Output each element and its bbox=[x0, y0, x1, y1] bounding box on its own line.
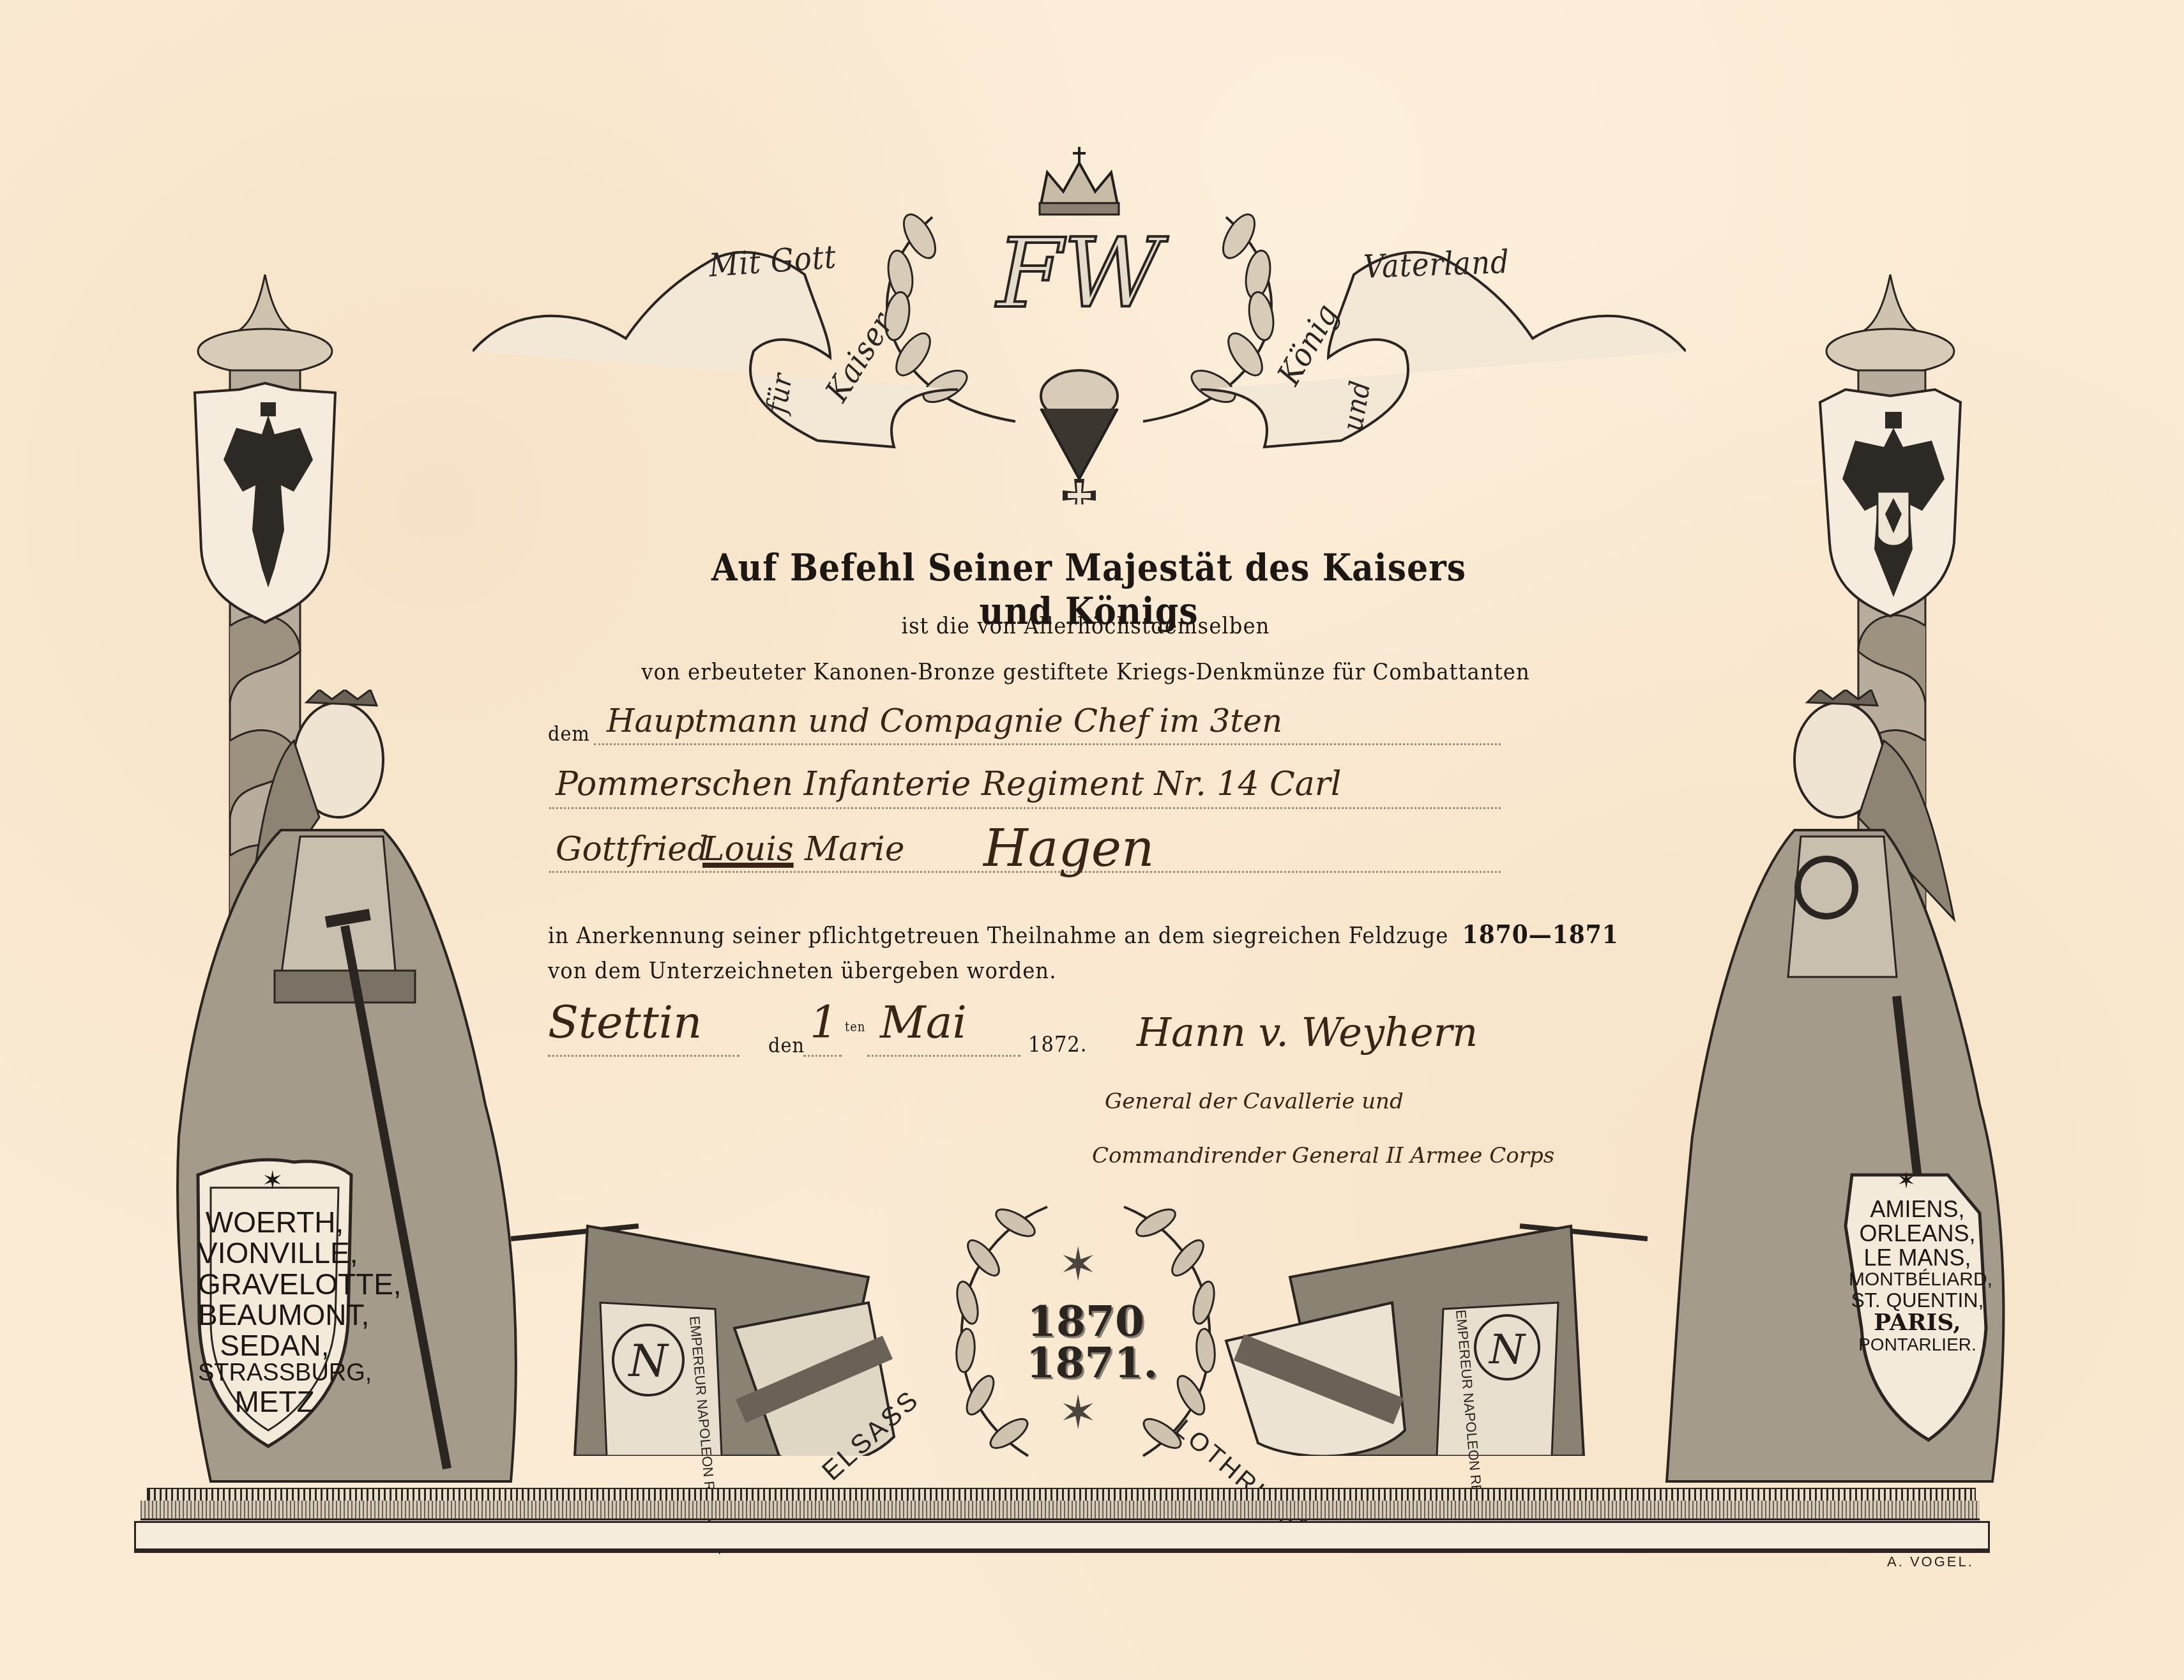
date-den-label: den bbox=[768, 1033, 805, 1057]
recipient-text-1: Hauptmann und Compagnie Chef im 3ten bbox=[607, 702, 1282, 739]
year-value: 1872. bbox=[1028, 1032, 1088, 1057]
flag-monogram: N bbox=[627, 1335, 669, 1387]
trophy-flags-right: N EMPEREUR NAPOLEON REGIMENT bbox=[1201, 1200, 1648, 1456]
plinth-band bbox=[140, 1501, 1980, 1520]
battle-name: GRAVELOTTE, bbox=[198, 1269, 351, 1299]
battle-name: STRASSBURG, bbox=[198, 1361, 351, 1386]
ribbon-banner-icon: FW bbox=[473, 147, 1686, 504]
flag-monogram: N bbox=[1488, 1326, 1526, 1374]
recipient-line-3: Gottfried Louis Marie Hagen bbox=[549, 830, 1501, 873]
star-icon: ✶ bbox=[1059, 1237, 1097, 1291]
imperial-eagle-icon bbox=[1839, 409, 1948, 600]
right-shield-battles: AMIENS, ORLEANS, LE MANS, MONTBÉLIARD, S… bbox=[1849, 1197, 1986, 1354]
battle-name: ST. QUENTIN, bbox=[1849, 1290, 1986, 1312]
battle-name: PONTARLIER. bbox=[1849, 1335, 1986, 1354]
right-shield-star-icon: ✶ bbox=[1897, 1169, 1916, 1193]
star-icon: ✶ bbox=[1059, 1386, 1097, 1439]
battle-name: MONTBÉLIARD, bbox=[1849, 1269, 1986, 1290]
left-shield-battles: WOERTH, VIONVILLE, GRAVELOTTE, BEAUMONT,… bbox=[198, 1207, 351, 1418]
battle-name: ORLEANS, bbox=[1849, 1222, 1986, 1246]
signature: Hann v. Weyhern bbox=[1137, 1009, 1478, 1056]
medallion-year-2: 1871. bbox=[1015, 1338, 1169, 1388]
place-field: Stettin bbox=[548, 996, 739, 1057]
crown-icon bbox=[1040, 147, 1119, 215]
recipient-prefix: dem bbox=[548, 722, 590, 746]
left-shield: ✶ WOERTH, VIONVILLE, GRAVELOTTE, BEAUMON… bbox=[192, 1156, 358, 1449]
battle-name: SEDAN, bbox=[198, 1330, 351, 1361]
battle-name: PARIS, bbox=[1849, 1311, 1986, 1335]
battle-name: BEAUMONT, bbox=[198, 1299, 351, 1330]
artist-credit: A. VOGEL. bbox=[1887, 1554, 1974, 1570]
recipient-given-2: Louis bbox=[702, 830, 794, 868]
date-suffix: ten bbox=[845, 1019, 865, 1034]
line-3-text: in Anerkennung seiner pflichtgetreuen Th… bbox=[548, 923, 1448, 949]
recipient-given-1: Gottfried bbox=[556, 830, 708, 868]
certificate-line-1: ist die von Allerhöchstdemselben bbox=[639, 613, 1533, 639]
banner-text-fuer: für bbox=[761, 370, 800, 415]
plinth-base bbox=[134, 1521, 1990, 1553]
recipient-surname: Hagen bbox=[983, 819, 1155, 878]
battle-name: LE MANS, bbox=[1849, 1246, 1986, 1270]
signature-title-1: General der Cavallerie und bbox=[1105, 1089, 1404, 1114]
base-plinth bbox=[134, 1488, 1986, 1552]
prussian-eagle-icon bbox=[217, 402, 319, 594]
month-field: Mai bbox=[867, 996, 1020, 1057]
day-field: 1 bbox=[803, 996, 842, 1057]
monogram: FW bbox=[995, 218, 1169, 329]
right-shield: ✶ AMIENS, ORLEANS, LE MANS, MONTBÉLIARD,… bbox=[1833, 1162, 1992, 1443]
certificate-line-4: von dem Unterzeichneten übergeben worden… bbox=[548, 958, 1056, 984]
recipient-line-2: Pommerschen Infanterie Regiment Nr. 14 C… bbox=[549, 766, 1501, 809]
recipient-given-3: Marie bbox=[805, 830, 905, 868]
header-ornament: FW Mit Gott für Kaiser König und Vaterla… bbox=[473, 147, 1686, 504]
certificate-line-2: von erbeuteter Kanonen-Bronze gestiftete… bbox=[632, 659, 1539, 685]
battle-name: AMIENS, bbox=[1849, 1197, 1986, 1222]
campaign-years: 1870—1871 bbox=[1462, 919, 1619, 950]
plinth-dentil bbox=[147, 1488, 1976, 1502]
battle-name: WOERTH, bbox=[198, 1207, 351, 1237]
recipient-text-2: Pommerschen Infanterie Regiment Nr. 14 C… bbox=[556, 765, 1341, 803]
day-value: 1 bbox=[810, 996, 838, 1048]
month-value: Mai bbox=[880, 996, 967, 1048]
left-shield-star-icon: ✶ bbox=[262, 1167, 284, 1194]
date-line: Stettin den 1 ten Mai 1872. bbox=[548, 996, 1187, 1060]
place-value: Stettin bbox=[548, 996, 702, 1048]
iron-cross-icon bbox=[1063, 479, 1096, 504]
battle-name: VIONVILLE, bbox=[198, 1237, 351, 1268]
recipient-line-1: Hauptmann und Compagnie Chef im 3ten bbox=[594, 702, 1501, 745]
battle-name: METZ bbox=[198, 1386, 351, 1417]
certificate-line-3: in Anerkennung seiner pflichtgetreuen Th… bbox=[548, 919, 1608, 950]
banner-text-vaterland: Vaterland bbox=[1363, 243, 1510, 285]
signature-title-2: Commandirender General II Armee Corps bbox=[1092, 1143, 1554, 1169]
